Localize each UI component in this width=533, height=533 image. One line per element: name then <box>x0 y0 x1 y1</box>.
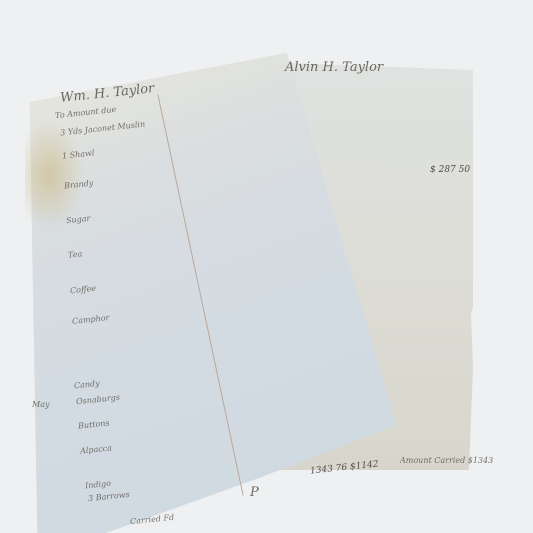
back-total: $ 287 50 <box>430 165 470 175</box>
margin-month: May <box>32 400 49 409</box>
monogram: P <box>250 485 259 500</box>
back-heading: Alvin H. Taylor <box>285 60 383 75</box>
back-footer: Amount Carried $1343 <box>400 456 493 465</box>
ledger-line: Tea <box>68 249 83 259</box>
water-stain <box>25 120 85 230</box>
